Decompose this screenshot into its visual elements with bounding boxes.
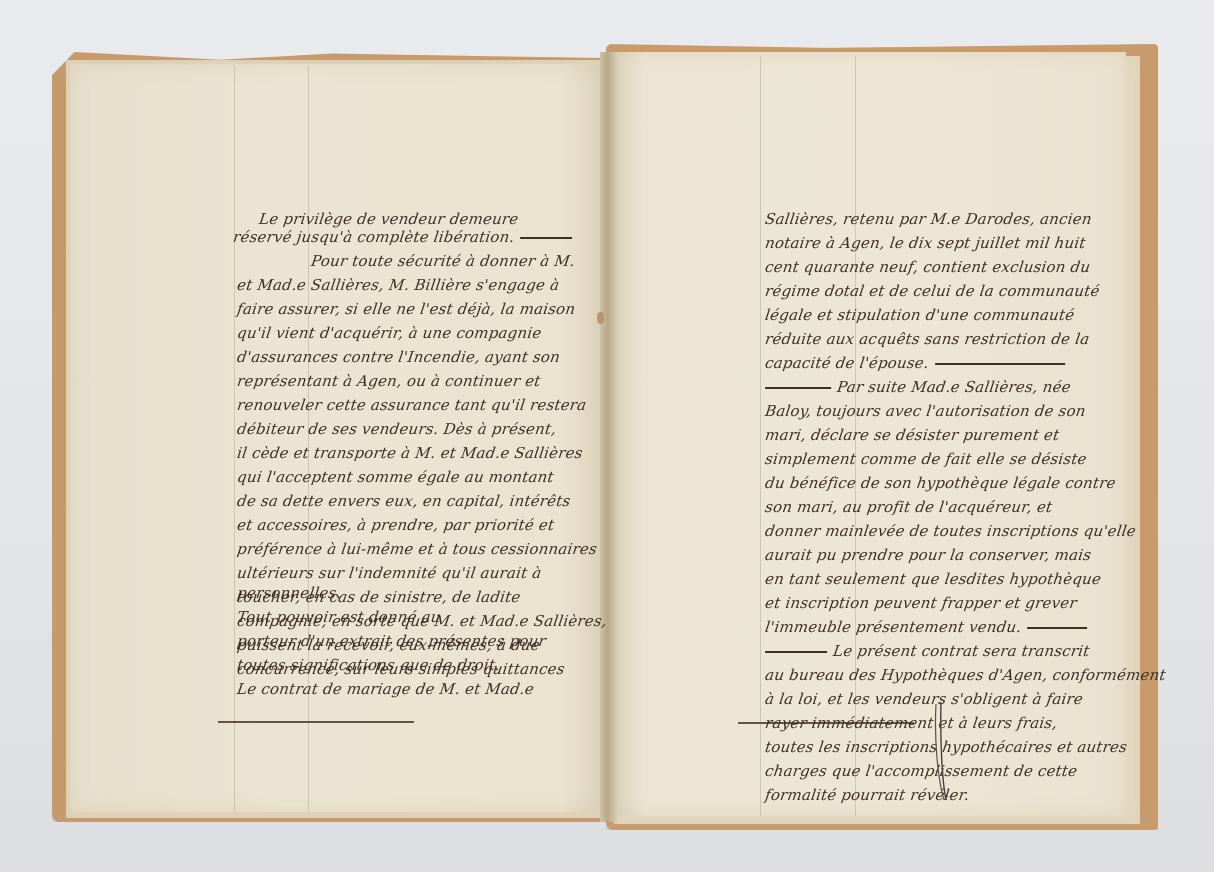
- text-line: ultérieurs sur l'indemnité qu'il aurait …: [236, 564, 543, 582]
- text-line: légale et stipulation d'une communauté: [764, 306, 1076, 324]
- text-line: personnelles.: [236, 584, 343, 602]
- document-photo: Le privilège de vendeur demeure réservé …: [0, 0, 1214, 872]
- margin-line: [234, 66, 235, 812]
- text-line: Pour toute sécurité à donner à M.: [310, 252, 576, 270]
- text-line: aurait pu prendre pour la conserver, mai…: [764, 546, 1092, 564]
- margin-line: [308, 66, 309, 812]
- text-line: du bénéfice de son hypothèque légale con…: [764, 474, 1117, 492]
- text-line: qu'il vient d'acquérir, à une compagnie: [236, 324, 543, 342]
- end-rule-left: [218, 721, 414, 723]
- text-line: son mari, au profit de l'acquéreur, et: [764, 498, 1054, 516]
- text-line: donner mainlevée de toutes inscriptions …: [764, 522, 1137, 540]
- text-line: réservé jusqu'à complète libération.: [232, 228, 580, 246]
- text-line: porteur d'un extrait des présentes pour: [236, 632, 547, 650]
- text-line: rayer immédiatement et à leurs frais,: [764, 714, 1059, 732]
- text-line: Tout pouvoir est donné au: [236, 608, 442, 626]
- text-line: capacité de l'épouse.: [764, 354, 1072, 372]
- text-line: cent quarante neuf, contient exclusion d…: [764, 258, 1092, 276]
- paper-tear: [597, 312, 604, 324]
- text-line: d'assurances contre l'Incendie, ayant so…: [236, 348, 561, 366]
- text-line: renouveler cette assurance tant qu'il re…: [236, 396, 588, 414]
- text-line: préférence à lui-même et à tous cessionn…: [236, 540, 598, 558]
- signature-mark-icon: [930, 700, 954, 804]
- margin-line: [760, 56, 761, 816]
- text-line: à la loi, et les vendeurs s'obligent à f…: [764, 690, 1084, 708]
- text-line: simplement comme de fait elle se désiste: [764, 450, 1088, 468]
- text-line: Par suite Mad.e Sallières, née: [764, 378, 1072, 396]
- text-line: l'immeuble présentement vendu.: [764, 618, 1095, 636]
- text-line: Sallières, retenu par M.e Darodes, ancie…: [764, 210, 1093, 228]
- text-line: réduite aux acquêts sans restriction de …: [764, 330, 1091, 348]
- text-line: régime dotal et de celui de la communaut…: [764, 282, 1101, 300]
- book-gutter: [600, 52, 618, 822]
- left-page: [70, 64, 604, 812]
- text-line: Le contrat de mariage de M. et Mad.e: [236, 680, 535, 698]
- text-line: débiteur de ses vendeurs. Dès à présent,: [236, 420, 558, 438]
- text-line: représentant à Agen, ou à continuer et: [236, 372, 542, 390]
- text-line: toutes significations que de droit.: [236, 656, 501, 674]
- text-line: il cède et transporte à M. et Mad.e Sall…: [236, 444, 584, 462]
- text-line: au bureau des Hypothèques d'Agen, confor…: [764, 666, 1167, 684]
- text-line: et accessoires, à prendre, par priorité …: [236, 516, 556, 534]
- text-line: et inscription peuvent frapper et grever: [764, 594, 1078, 612]
- text-line: mari, déclare se désister purement et: [764, 426, 1061, 444]
- text-line: faire assurer, si elle ne l'est déjà, la…: [236, 300, 577, 318]
- text-line: Le présent contrat sera transcrit: [764, 642, 1091, 660]
- text-line: qui l'acceptent somme égale au montant: [236, 468, 555, 486]
- text-line: et Mad.e Sallières, M. Billière s'engage…: [236, 276, 561, 294]
- text-line: en tant seulement que lesdites hypothèqu…: [764, 570, 1102, 588]
- text-line: Baloy, toujours avec l'autorisation de s…: [764, 402, 1087, 420]
- text-line: charges que l'accomplissement de cette: [764, 762, 1079, 780]
- text-line: de sa dette envers eux, en capital, inté…: [236, 492, 572, 510]
- text-line: notaire à Agen, le dix sept juillet mil …: [764, 234, 1087, 252]
- text-line: Le privilège de vendeur demeure: [258, 210, 520, 228]
